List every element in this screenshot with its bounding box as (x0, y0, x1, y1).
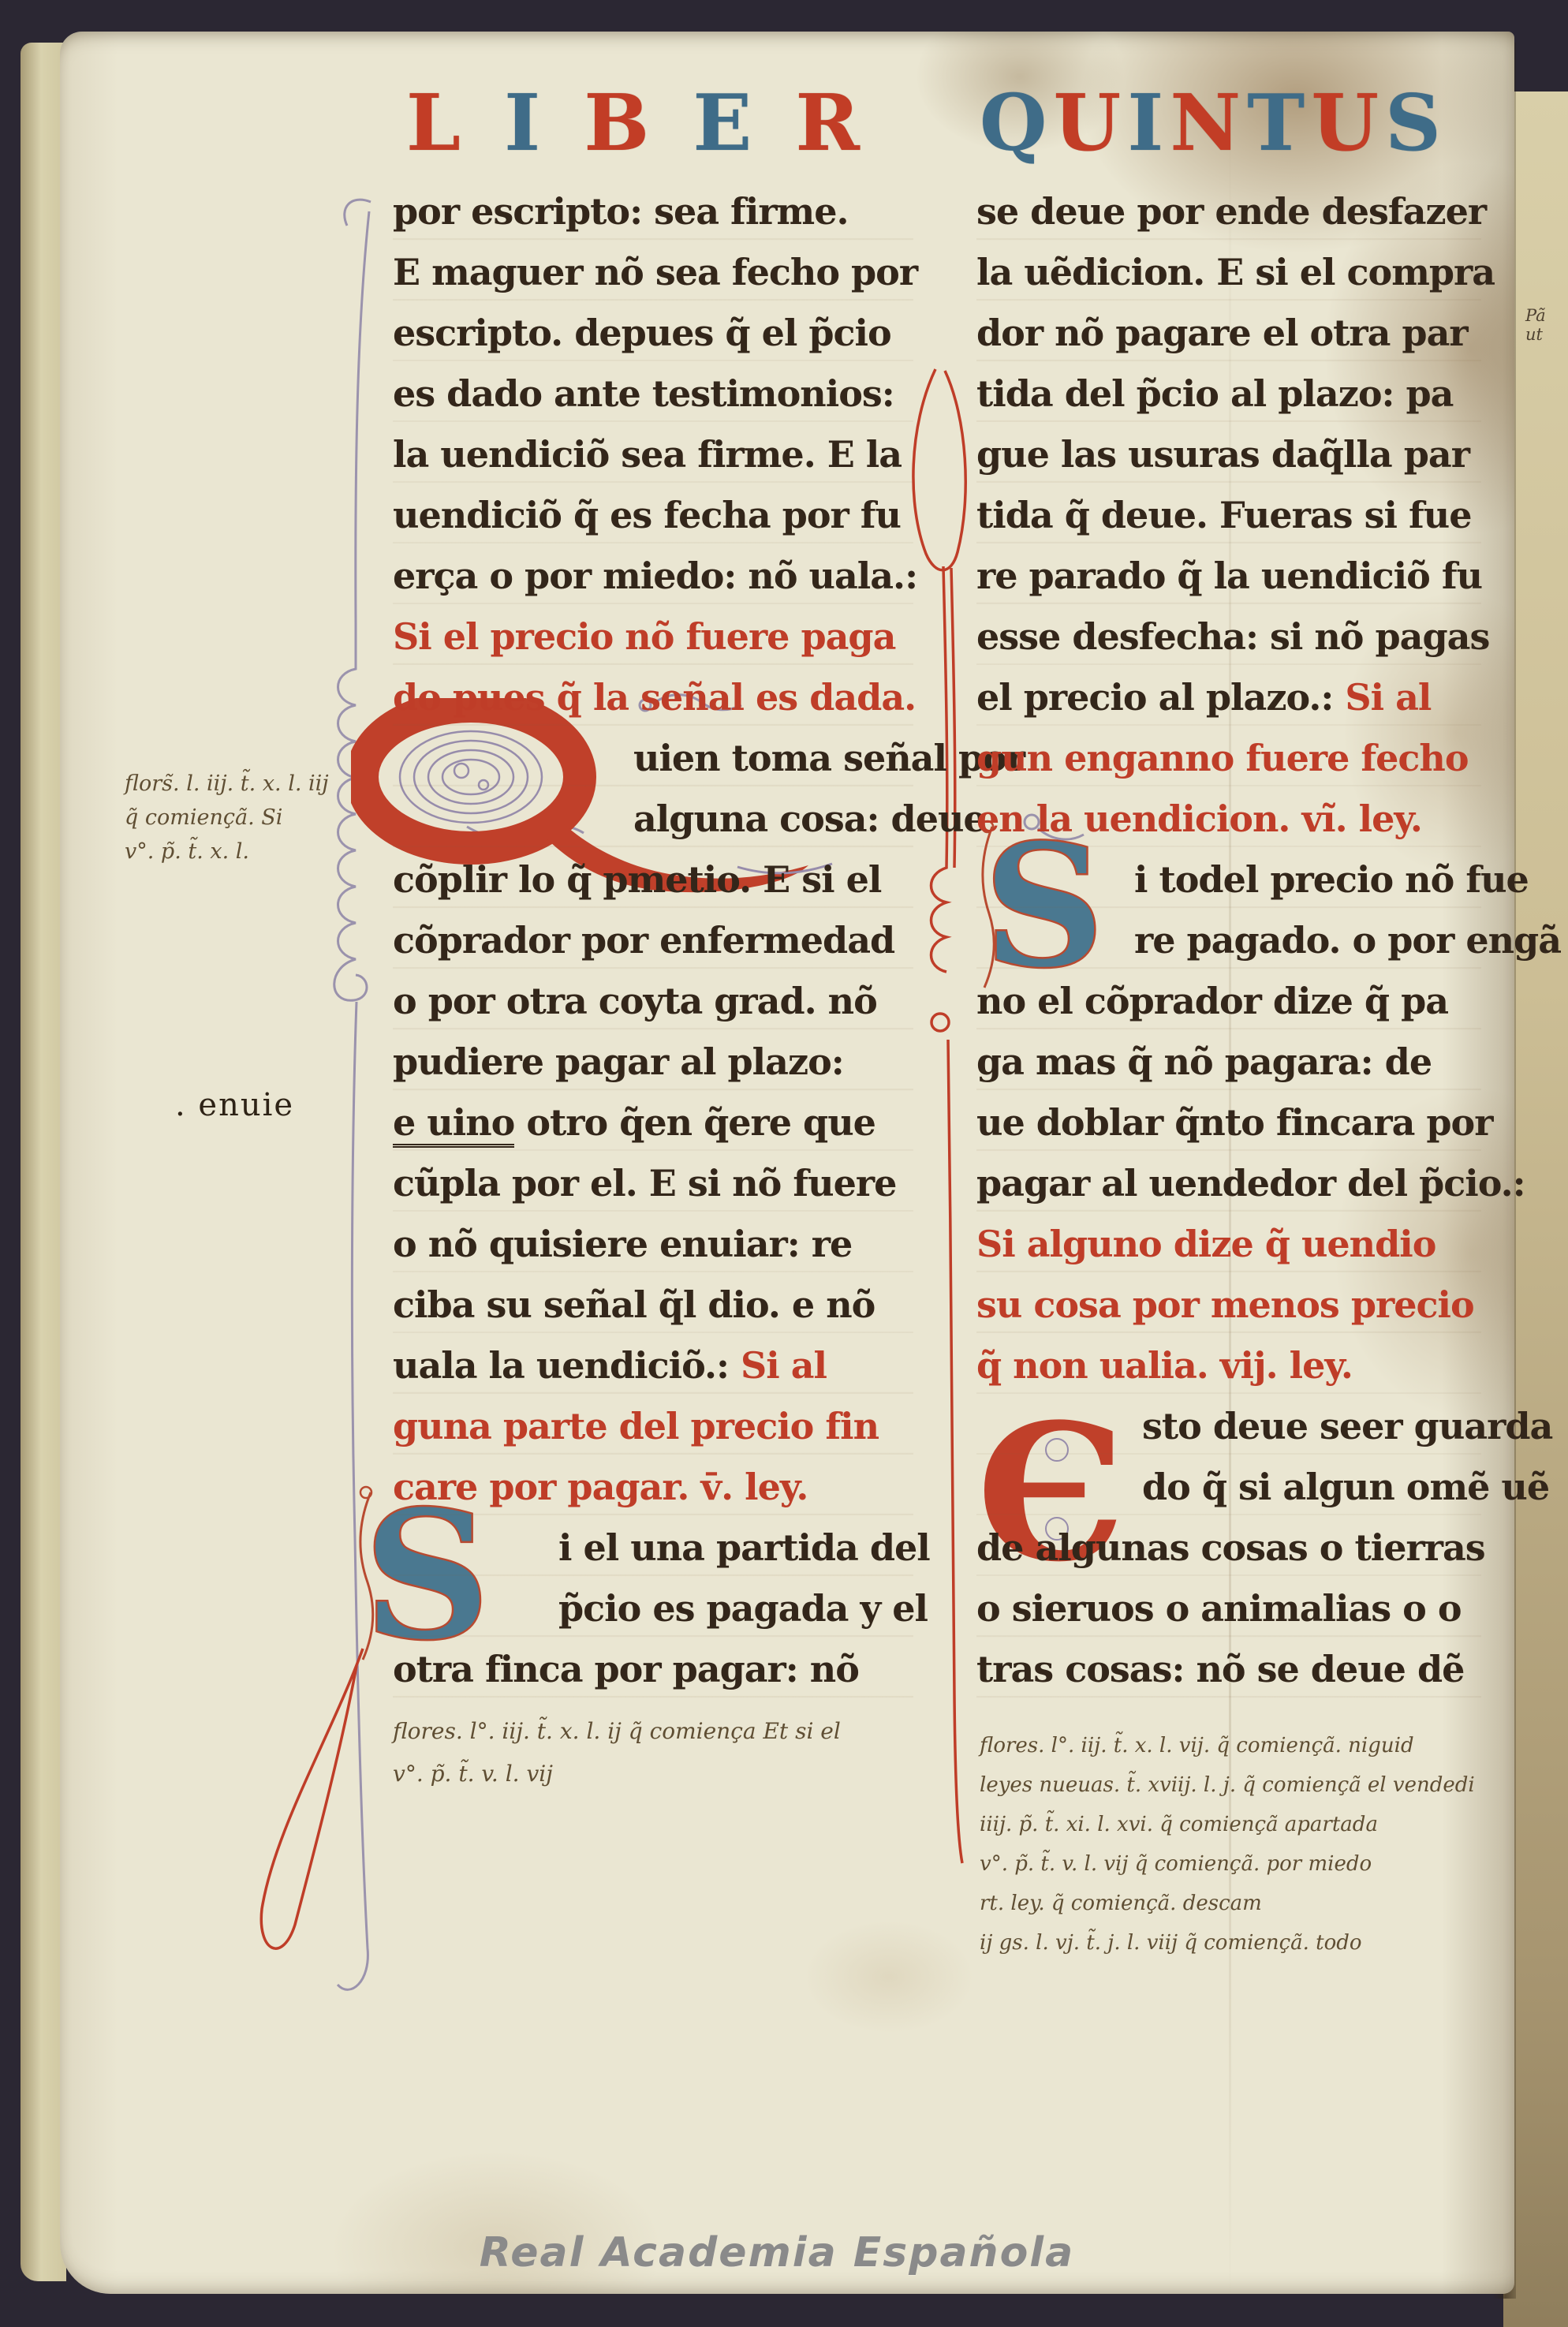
text-line: sto deue seer guarda (976, 1396, 1481, 1457)
edge-note-line: ut (1525, 325, 1546, 344)
header-letter: U (1311, 83, 1378, 165)
text-line: ga mas q̃ nõ pagara: de (976, 1032, 1481, 1093)
text-line: dor nõ pagare el otra par (976, 303, 1481, 364)
text-line: do q̃ si algun omẽ uẽ (976, 1457, 1481, 1518)
text-segment: Si el precio nõ fuere paga (393, 615, 895, 658)
text-segment: el precio al plazo.: (976, 676, 1345, 719)
text-segment: Si al (741, 1344, 827, 1387)
text-line: tida q̃ deue. Fueras si fue (976, 485, 1481, 546)
text-segment: do pues q̃ la señal es dada. (393, 676, 916, 719)
text-line: Si el precio nõ fuere paga (393, 607, 913, 667)
page-edge-note: Pãut (1525, 306, 1546, 344)
gloss-line: flores. l°. iij. t̃. x. l. vij. q̃ comie… (980, 1726, 1475, 1765)
text-line: i el una partida del (393, 1518, 913, 1578)
text-segment: i el una partida del (558, 1526, 930, 1569)
text-segment: erça o por miedo: nõ uala.: (393, 555, 917, 597)
text-line: i todel precio nõ fue (976, 850, 1481, 910)
text-line: ciba su señal q̃l dio. e nõ (393, 1275, 913, 1335)
text-line: cũpla por el. E si nõ fuere (393, 1153, 913, 1214)
text-segment: e uino (393, 1101, 514, 1148)
text-segment: es dado ante testimonios: (393, 372, 894, 415)
header-word-liber: LIBER (406, 80, 860, 167)
header-letter: I (1127, 83, 1163, 165)
text-line: uendiciõ q̃ es fecha por fu (393, 485, 913, 546)
text-line: el precio al plazo.: Si al (976, 667, 1481, 728)
text-line: esse desfecha: si nõ pagas (976, 607, 1481, 667)
text-line: pudiere pagar al plazo: (393, 1032, 913, 1093)
text-line: pagar al uendedor del p̃cio.: (976, 1153, 1481, 1214)
text-line: en la uendicion. vĩ. ley. (976, 789, 1481, 850)
text-segment: escripto. depues q̃ el p̃cio (393, 312, 891, 354)
gloss-line: rt. ley. q̃ comiençã. descam (980, 1884, 1475, 1923)
text-segment: gue las usuras daq̃lla par (976, 433, 1469, 476)
text-line: gun enganno fuere fecho (976, 728, 1481, 789)
header-letter: S (1385, 83, 1441, 165)
text-column-left: por escripto: sea firme.E maguer nõ sea … (393, 181, 913, 1700)
text-line: no el cõprador dize q̃ pa (976, 971, 1481, 1032)
text-segment: cũpla por el. E si nõ fuere (393, 1162, 896, 1205)
text-line: re parado q̃ la uendiciõ fu (976, 546, 1481, 607)
text-segment: care por pagar. v̄. ley. (393, 1466, 808, 1508)
text-line: E maguer nõ sea fecho por (393, 242, 913, 303)
text-line: guna parte del precio fin (393, 1396, 913, 1457)
text-segment: la uẽdicion. E si el compra (976, 251, 1495, 293)
gloss-line: flors̃. l. iij. t̃. x. l. iij (125, 767, 329, 801)
text-segment: tras cosas: nõ se deue dẽ (976, 1648, 1464, 1690)
text-line: q̃ non ualia. vij. ley. (976, 1335, 1481, 1396)
text-line: cõprador por enfermedad (393, 910, 913, 971)
text-segment: gun enganno fuere fecho (976, 737, 1469, 779)
text-line: erça o por miedo: nõ uala.: (393, 546, 913, 607)
gloss-line: iiij. p̃. t̃. xi. l. xvi. q̃ comiençã ap… (980, 1805, 1475, 1844)
text-line: por escripto: sea firme. (393, 181, 913, 242)
text-line: se deue por ende desfazer (976, 181, 1481, 242)
text-segment: uien toma señal por (633, 737, 1025, 779)
text-line: uien toma señal por (393, 728, 913, 789)
text-line: la uẽdicion. E si el compra (976, 242, 1481, 303)
text-line: o nõ quisiere enuiar: re (393, 1214, 913, 1275)
text-segment: re pagado. o por engã (1134, 919, 1561, 962)
header-letter: N (1170, 83, 1241, 165)
text-segment: su cosa por menos precio (976, 1283, 1474, 1326)
text-segment: sto deue seer guarda (1142, 1405, 1552, 1447)
text-segment: esse desfecha: si nõ pagas (976, 615, 1489, 658)
text-segment: pagar al uendedor del p̃cio.: (976, 1162, 1525, 1205)
text-segment: tida q̃ deue. Fueras si fue (976, 494, 1471, 536)
gloss-line: leyes nueuas. t̃. xviij. l. j. q̃ comien… (980, 1765, 1475, 1805)
header-letter: E (693, 83, 752, 165)
manuscript-photo: LIBER QUINTUS S S Є por escripto: sea fi… (0, 0, 1568, 2327)
gloss-line: q̃ comiençã. Si (125, 801, 329, 835)
text-line: otra finca por pagar: nõ (393, 1639, 913, 1700)
text-line: alguna cosa: deue (393, 789, 913, 850)
header-letter: L (406, 83, 461, 165)
text-line: escripto. depues q̃ el p̃cio (393, 303, 913, 364)
text-segment: alguna cosa: deue (633, 797, 986, 840)
text-line: care por pagar. v̄. ley. (393, 1457, 913, 1518)
text-segment: no el cõprador dize q̃ pa (976, 980, 1448, 1022)
text-segment: o nõ quisiere enuiar: re (393, 1223, 852, 1265)
text-line: o sieruos o animalias o o (976, 1578, 1481, 1639)
bottom-gloss-left: flores. l°. iij. t̃. x. l. ij q̃ comienç… (393, 1710, 841, 1795)
text-segment: ciba su señal q̃l dio. e nõ (393, 1283, 875, 1326)
text-segment: do q̃ si algun omẽ uẽ (1142, 1466, 1549, 1508)
watermark-text: Real Academia Española (383, 2229, 1171, 2277)
text-segment: en la uendicion. vĩ. ley. (976, 797, 1422, 840)
text-segment: dor nõ pagare el otra par (976, 312, 1468, 354)
gloss-line: v°. p̃. t̃. v. l. vij q̃ comiençã. por m… (980, 1844, 1475, 1884)
header-word-quintus: QUINTUS (980, 80, 1441, 167)
text-line: re pagado. o por engã (976, 910, 1481, 971)
margin-gloss-left: flors̃. l. iij. t̃. x. l. iijq̃ comiençã… (125, 767, 329, 868)
text-line: e uino otro q̃en q̃ere que (393, 1093, 913, 1153)
edge-note-line: Pã (1525, 306, 1546, 325)
text-segment: p̃cio es pagada y el (558, 1587, 928, 1630)
header-letter: T (1247, 83, 1305, 165)
text-line: tras cosas: nõ se deue dẽ (976, 1639, 1481, 1700)
text-segment: re parado q̃ la uendiciõ fu (976, 555, 1482, 597)
text-line: Si alguno dize q̃ uendio (976, 1214, 1481, 1275)
text-line: de algunas cosas o tierras (976, 1518, 1481, 1578)
text-segment: ue doblar q̃nto fincara por (976, 1101, 1492, 1144)
text-segment: ga mas q̃ nõ pagara: de (976, 1040, 1432, 1083)
text-segment: q̃ non ualia. vij. ley. (976, 1344, 1353, 1387)
text-segment: otra finca por pagar: nõ (393, 1648, 859, 1690)
text-segment: cõplir lo q̃ pmetio. E si el (393, 858, 881, 901)
header-letter: I (504, 83, 540, 165)
text-line: la uendiciõ sea firme. E la (393, 424, 913, 485)
text-line: ue doblar q̃nto fincara por (976, 1093, 1481, 1153)
gloss-line: ij gs. l. vj. t̃. j. l. viij q̃ comiençã… (980, 1923, 1475, 1963)
text-line: gue las usuras daq̃lla par (976, 424, 1481, 485)
bottom-gloss-right: flores. l°. iij. t̃. x. l. vij. q̃ comie… (980, 1726, 1475, 1963)
text-line: p̃cio es pagada y el (393, 1578, 913, 1639)
text-column-right: se deue por ende desfazerla uẽdicion. E … (976, 181, 1481, 1700)
text-segment: la uendiciõ sea firme. E la (393, 433, 902, 476)
text-line: es dado ante testimonios: (393, 364, 913, 424)
text-segment: guna parte del precio fin (393, 1405, 879, 1447)
text-line: cõplir lo q̃ pmetio. E si el (393, 850, 913, 910)
text-segment: o sieruos o animalias o o (976, 1587, 1462, 1630)
gloss-line: v°. p̃. t̃. x. l. (125, 835, 329, 868)
text-line: do pues q̃ la señal es dada. (393, 667, 913, 728)
text-segment: por escripto: sea firme. (393, 190, 849, 233)
text-segment: Si alguno dize q̃ uendio (976, 1223, 1435, 1265)
text-segment: E maguer nõ sea fecho por (393, 251, 917, 293)
text-segment: Si al (1345, 676, 1431, 719)
text-line: tida del p̃cio al plazo: pa (976, 364, 1481, 424)
text-segment: se deue por ende desfazer (976, 190, 1486, 233)
text-segment: tida del p̃cio al plazo: pa (976, 372, 1453, 415)
header-letter: U (1054, 83, 1121, 165)
gloss-line: v°. p̃. t̃. v. l. vij (393, 1753, 841, 1795)
text-line: uala la uendiciõ.: Si al (393, 1335, 913, 1396)
margin-word-enuie: . enuie (175, 1087, 294, 1123)
header-letter: Q (980, 83, 1047, 165)
header-letter: B (584, 83, 649, 165)
text-segment: cõprador por enfermedad (393, 919, 894, 962)
text-line: o por otra coyta grad. nõ (393, 971, 913, 1032)
text-segment: o por otra coyta grad. nõ (393, 980, 877, 1022)
text-segment: pudiere pagar al plazo: (393, 1040, 844, 1083)
text-segment: de algunas cosas o tierras (976, 1526, 1485, 1569)
gloss-line: flores. l°. iij. t̃. x. l. ij q̃ comienç… (393, 1710, 841, 1753)
text-segment: otro q̃en q̃ere que (514, 1101, 875, 1144)
text-segment: uendiciõ q̃ es fecha por fu (393, 494, 901, 536)
text-segment: uala la uendiciõ.: (393, 1344, 741, 1387)
text-segment: i todel precio nõ fue (1134, 858, 1529, 901)
header-letter: R (796, 83, 860, 165)
text-line: su cosa por menos precio (976, 1275, 1481, 1335)
